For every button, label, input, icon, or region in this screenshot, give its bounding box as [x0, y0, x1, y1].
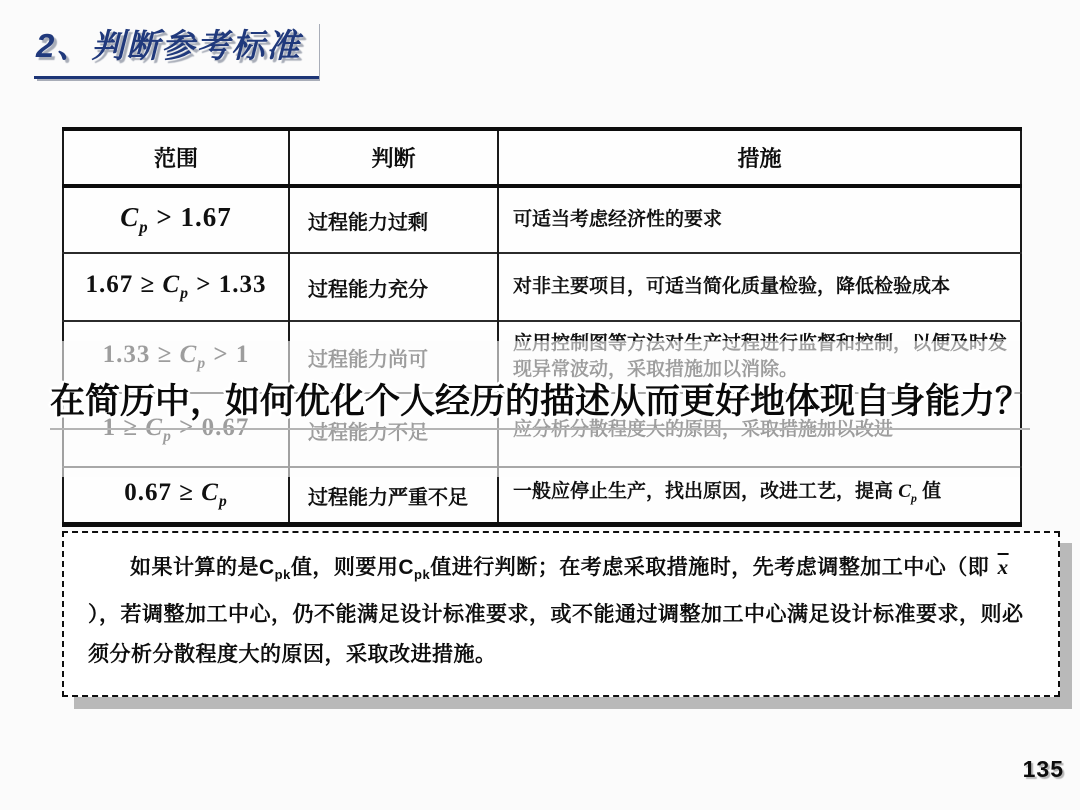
note-text: 如果计算的是Cpk值，则要用Cpk值进行判断；在考虑采取措施时，先考虑调整加工中…: [88, 547, 1034, 675]
note-box: 如果计算的是Cpk值，则要用Cpk值进行判断；在考虑采取措施时，先考虑调整加工中…: [62, 531, 1060, 697]
cell-judgment: 过程能力严重不足: [289, 467, 498, 525]
cell-judgment: 过程能力过剩: [289, 186, 498, 253]
cell-judgment: 过程能力不足: [289, 393, 498, 467]
cell-range: 1.67 ≥ Cp > 1.33: [63, 253, 289, 321]
cp-symbol: Cp: [145, 414, 171, 441]
column-header-measure: 措施: [498, 129, 1021, 186]
capability-table-grid: 范围 判断 措施 Cp > 1.67过程能力过剩可适当考虑经济性的要求1.67 …: [62, 127, 1022, 527]
cp-symbol: Cp: [201, 479, 227, 506]
column-header-judgment: 判断: [289, 129, 498, 186]
table-row: 1.33 ≥ Cp > 1过程能力尚可应用控制图等方法对生产过程进行监督和控制，…: [63, 321, 1021, 393]
cp-symbol: Cp: [163, 271, 189, 298]
cell-range: 0.67 ≥ Cp: [63, 467, 289, 525]
table-body: Cp > 1.67过程能力过剩可适当考虑经济性的要求1.67 ≥ Cp > 1.…: [63, 186, 1021, 525]
cell-range: Cp > 1.67: [63, 186, 289, 253]
cpk-symbol: Cpk: [398, 556, 430, 579]
cell-measure: 应分析分散程度大的原因，采取措施加以改进: [498, 393, 1021, 467]
table-row: Cp > 1.67过程能力过剩可适当考虑经济性的要求: [63, 186, 1021, 253]
capability-table: 范围 判断 措施 Cp > 1.67过程能力过剩可适当考虑经济性的要求1.67 …: [62, 127, 1020, 527]
slide: 2、判断参考标准 范围 判断 措施 Cp > 1.67过程能力过剩可适当考虑经济…: [0, 0, 1080, 810]
cell-measure: 一般应停止生产，找出原因，改进工艺，提高 Cp 值: [498, 467, 1021, 525]
cell-measure: 可适当考虑经济性的要求: [498, 186, 1021, 253]
slide-title: 2、判断参考标准: [34, 20, 319, 79]
table-row: 1.67 ≥ Cp > 1.33过程能力充分对非主要项目，可适当简化质量检验，降…: [63, 253, 1021, 321]
cp-symbol: Cp: [180, 341, 206, 368]
cp-symbol: Cp: [120, 202, 148, 232]
cpk-symbol: Cpk: [259, 556, 291, 579]
cell-range: 1 ≥ Cp > 0.67: [63, 393, 289, 467]
cell-measure: 应用控制图等方法对生产过程进行监督和控制，以便及时发现异常波动，采取措施加以消除…: [498, 321, 1021, 393]
table-row: 0.67 ≥ Cp过程能力严重不足一般应停止生产，找出原因，改进工艺，提高 Cp…: [63, 467, 1021, 525]
cell-range: 1.33 ≥ Cp > 1: [63, 321, 289, 393]
page-number: 135: [1023, 756, 1064, 783]
column-header-range: 范围: [63, 129, 289, 186]
table-header-row: 范围 判断 措施: [63, 129, 1021, 186]
cell-judgment: 过程能力尚可: [289, 321, 498, 393]
xbar-symbol: x: [996, 555, 1011, 579]
table-row: 1 ≥ Cp > 0.67过程能力不足应分析分散程度大的原因，采取措施加以改进: [63, 393, 1021, 467]
cell-judgment: 过程能力充分: [289, 253, 498, 321]
cell-measure: 对非主要项目，可适当简化质量检验，降低检验成本: [498, 253, 1021, 321]
cp-symbol: Cp: [898, 481, 917, 502]
